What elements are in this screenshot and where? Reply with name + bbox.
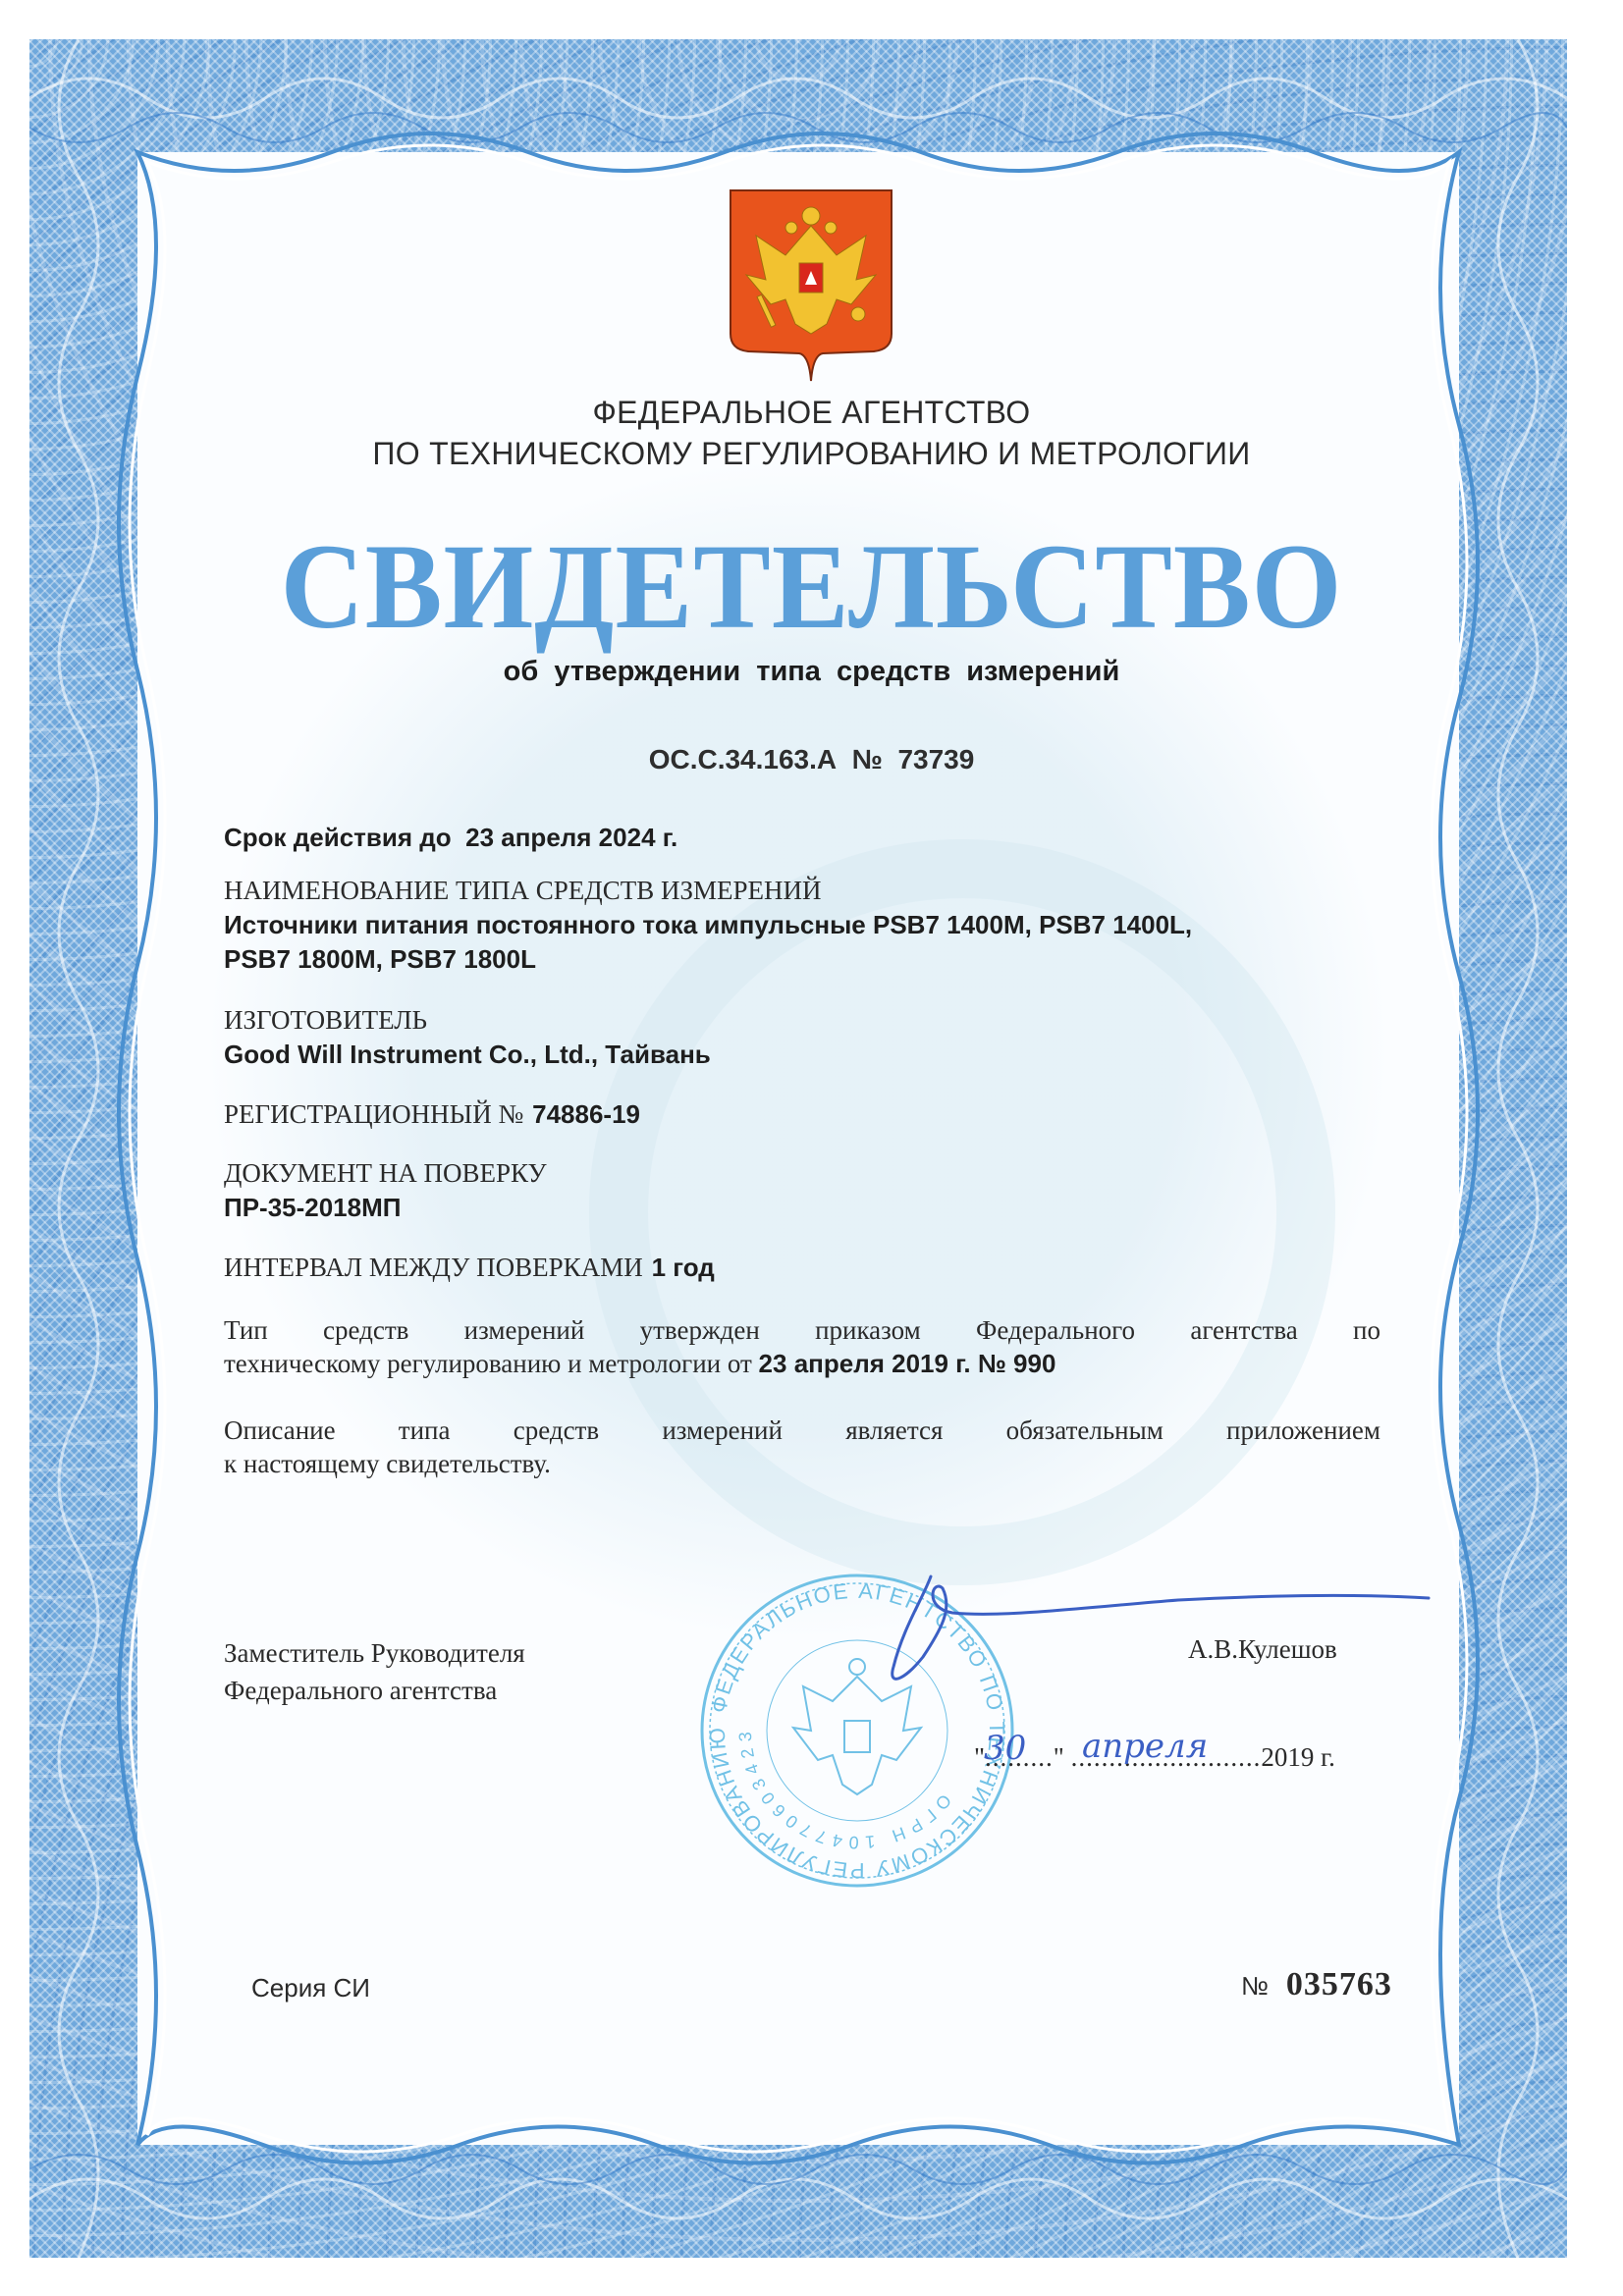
approval-paragraph: Тип средств измерений утвержден приказом… (224, 1313, 1380, 1380)
form-number: №035763 (1241, 1966, 1392, 2003)
description-paragraph: Описание типа средств измерений является… (224, 1414, 1380, 1480)
verification-doc-label: ДОКУМЕНТ НА ПОВЕРКУ (224, 1158, 547, 1189)
interval-row: ИНТЕРВАЛ МЕЖДУ ПОВЕРКАМИ 1 год (224, 1253, 715, 1283)
agency-name-line1: ФЕДЕРАЛЬНОЕ АГЕНТСТВО (0, 395, 1623, 431)
description-line2: к настоящему свидетельству. (224, 1449, 551, 1478)
form-series: Серия СИ (251, 1973, 370, 2003)
type-name-value-line2: PSB7 1800M, PSB7 1800L (224, 944, 536, 975)
manufacturer-value: Good Will Instrument Co., Ltd., Тайвань (224, 1040, 711, 1070)
registration-value: 74886-19 (532, 1099, 640, 1129)
form-number-sign: № (1241, 1971, 1269, 2001)
validity-row: Срок действия до 23 апреля 2024 г. (224, 823, 677, 853)
certificate-title: СВИДЕТЕЛЬСТВО (0, 517, 1623, 658)
interval-label: ИНТЕРВАЛ МЕЖДУ ПОВЕРКАМИ (224, 1253, 643, 1282)
description-line1: Описание типа средств измерений является… (224, 1414, 1380, 1447)
signatory-position-line2: Федерального агентства (224, 1672, 525, 1709)
type-name-label: НАИМЕНОВАНИЕ ТИПА СРЕДСТВ ИЗМЕРЕНИЙ (224, 876, 822, 906)
registration-row: РЕГИСТРАЦИОННЫЙ № 74886-19 (224, 1099, 640, 1130)
form-number-value: 035763 (1286, 1966, 1392, 2002)
signature-date-month: апреля (1082, 1727, 1208, 1766)
type-name-value-line1: Источники питания постоянного тока импул… (224, 910, 1192, 940)
coat-of-arms-icon (727, 187, 895, 383)
agency-name-line2: ПО ТЕХНИЧЕСКОМУ РЕГУЛИРОВАНИЮ И МЕТРОЛОГ… (0, 436, 1623, 472)
certificate-number: ОС.С.34.163.А № 73739 (0, 744, 1623, 775)
signatory-name: А.В.Кулешов (1188, 1634, 1337, 1665)
approval-line2-prefix: техническому регулированию и метрологии … (224, 1349, 752, 1378)
validity-label: Срок действия до (224, 823, 452, 852)
validity-date: 23 апреля 2024 г. (465, 823, 677, 852)
signatory-position-line1: Заместитель Руководителя (224, 1634, 525, 1672)
interval-value: 1 год (652, 1253, 715, 1282)
signature-date-day: 30 (984, 1729, 1026, 1768)
signatory-position: Заместитель Руководителя Федерального аг… (224, 1634, 525, 1709)
signature-date-year: 2019 г. (1261, 1742, 1335, 1772)
approval-line1: Тип средств измерений утвержден приказом… (224, 1313, 1380, 1347)
handwritten-signature (884, 1569, 1434, 1726)
certificate-subtitle: об утверждении типа средств измерений (0, 656, 1623, 688)
approval-order: 23 апреля 2019 г. № 990 (759, 1349, 1056, 1378)
signature-date: "........." .........................201… (974, 1742, 1335, 1773)
manufacturer-label: ИЗГОТОВИТЕЛЬ (224, 1005, 427, 1036)
registration-label: РЕГИСТРАЦИОННЫЙ № (224, 1099, 523, 1129)
verification-doc-value: ПР-35-2018МП (224, 1193, 401, 1223)
